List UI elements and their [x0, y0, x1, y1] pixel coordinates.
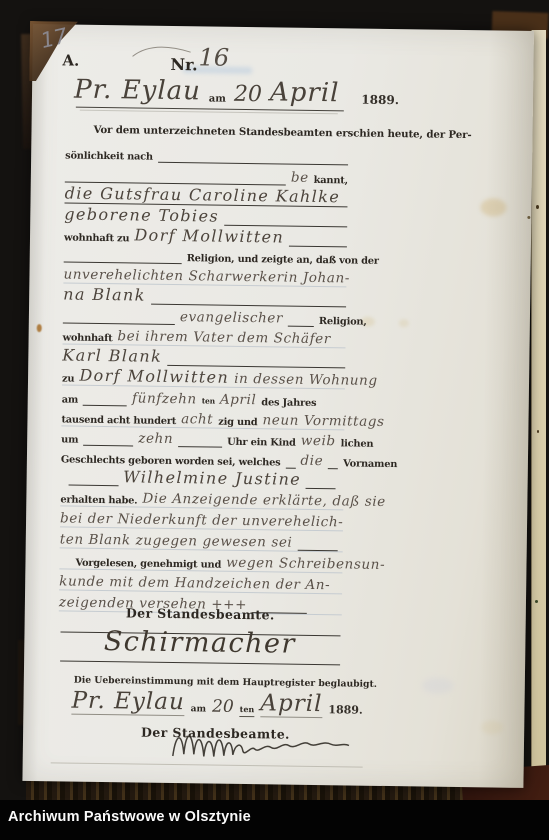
certification-dateline: Pr. Eylau am 20 ten April 1889. — [71, 685, 363, 719]
certification-am-label: am — [191, 704, 207, 716]
blank-rule — [83, 435, 133, 447]
page-edge-speck — [535, 600, 538, 603]
printed-text: Religion, — [319, 316, 367, 328]
form-letter: A. — [62, 51, 79, 69]
stain — [480, 198, 506, 216]
printed-text: Vorgelesen, genehmigt und — [75, 557, 221, 570]
handwritten-text: die Gutsfrau Caroline Kahlke — [65, 183, 341, 206]
stain — [481, 720, 503, 734]
handwritten-text: ten Blank zugegen gewesen sei — [60, 531, 293, 550]
printed-text: des Jahres — [261, 397, 316, 409]
printed-text: Vornamen — [343, 459, 397, 471]
handwritten-text: weib — [301, 433, 336, 449]
certification-ten-label: ten — [240, 704, 255, 717]
handwritten-text: acht — [181, 411, 213, 427]
handwritten-text: April — [220, 391, 257, 408]
rule-line — [60, 660, 340, 665]
printed-text: sönlichkeit nach — [65, 150, 153, 162]
handwritten-text: Dorf Mollwitten — [79, 365, 229, 386]
blank-rule — [178, 437, 222, 449]
printed-intro-line: Vor dem unterzeichneten Standesbeamten e… — [93, 124, 471, 141]
handwritten-text: na Blank — [63, 285, 146, 305]
printed-text: um — [61, 435, 78, 446]
registrar-heading: Der Standesbeamte. — [59, 604, 342, 623]
scanned-register-photo: 17 A. Nr. 16 Pr. Eylau am 20 April 1889.… — [0, 0, 549, 840]
handwritten-text: Karl Blank — [62, 345, 162, 365]
pencil-page-number: 17 — [38, 24, 70, 53]
handwritten-text: wegen Schreibensun- — [226, 555, 385, 573]
stain — [37, 324, 42, 332]
register-page: 17 A. Nr. 16 Pr. Eylau am 20 April 1889.… — [22, 24, 534, 788]
right-page-edge — [531, 30, 546, 778]
printed-text: erhalten habe. — [60, 495, 137, 507]
blank-rule — [83, 394, 127, 406]
handwritten-text: Wilhelmine Justine — [123, 468, 301, 489]
dateline-place: Pr. Eylau — [74, 75, 201, 107]
printed-text: zu — [62, 373, 74, 384]
printed-text: ten — [202, 396, 215, 407]
blank-rule — [306, 478, 336, 489]
blank-rule — [285, 458, 295, 469]
handwritten-text: Dorf Mollwitten — [134, 225, 284, 246]
certification-place: Pr. Eylau — [71, 688, 185, 717]
printed-text: lichen — [341, 439, 374, 450]
blank-rule — [288, 316, 314, 327]
handwritten-text: neun Vormittags — [262, 412, 384, 430]
dateline-am-label: am — [209, 93, 226, 106]
printed-intro-line: sönlichkeit nach — [65, 141, 348, 165]
handwritten-text: die — [300, 453, 323, 469]
blank-rule — [328, 459, 338, 470]
registrar-signature: Schirmacher — [58, 625, 341, 660]
handwritten-text: fünfzehn — [132, 390, 197, 407]
handwritten-text: Die Anzeigende erklärte, daß sie — [142, 491, 386, 510]
stain — [399, 319, 409, 327]
page-edge-speck — [537, 430, 539, 433]
form-lines: bekannt,die Gutsfrau Caroline Kahlkegebo… — [59, 162, 348, 615]
page-edge-speck — [536, 205, 539, 209]
dateline-month: April — [270, 77, 340, 108]
blank-rule — [289, 235, 347, 247]
archive-watermark-text: Archiwum Państwowe w Olsztynie — [8, 809, 251, 825]
printed-text: wohnhaft zu — [64, 232, 129, 244]
printed-text: zig und — [218, 416, 257, 428]
handwritten-text: evangelischer — [180, 309, 283, 326]
record-number-value: 16 — [198, 43, 229, 71]
handwritten-text: be — [291, 170, 309, 186]
printed-text: tausend acht hundert — [61, 414, 176, 427]
certification-day: 20 — [212, 697, 234, 717]
handwritten-text: geborene Tobies — [64, 204, 219, 225]
dateline-day: 20 — [234, 82, 262, 107]
printed-text: am — [62, 394, 78, 405]
certification-year: 1889. — [328, 703, 363, 718]
archive-watermark-bar: Archiwum Państwowe w Olsztynie — [0, 800, 549, 840]
blank-rule — [297, 540, 337, 552]
dateline: Pr. Eylau am 20 April 1889. — [74, 71, 399, 110]
dateline-year: 1889. — [361, 93, 399, 110]
certification-month: April — [260, 690, 322, 718]
stain — [527, 216, 530, 219]
handwritten-text: in dessen Wohnung — [234, 371, 378, 389]
printed-text: kannt, — [314, 175, 348, 186]
printed-text: wohnhaft — [63, 332, 113, 344]
blank-rule — [68, 475, 118, 487]
handwritten-text: zehn — [138, 431, 173, 447]
stain — [422, 677, 454, 693]
handwritten-text: bei ihrem Vater dem Schäfer — [117, 328, 331, 347]
